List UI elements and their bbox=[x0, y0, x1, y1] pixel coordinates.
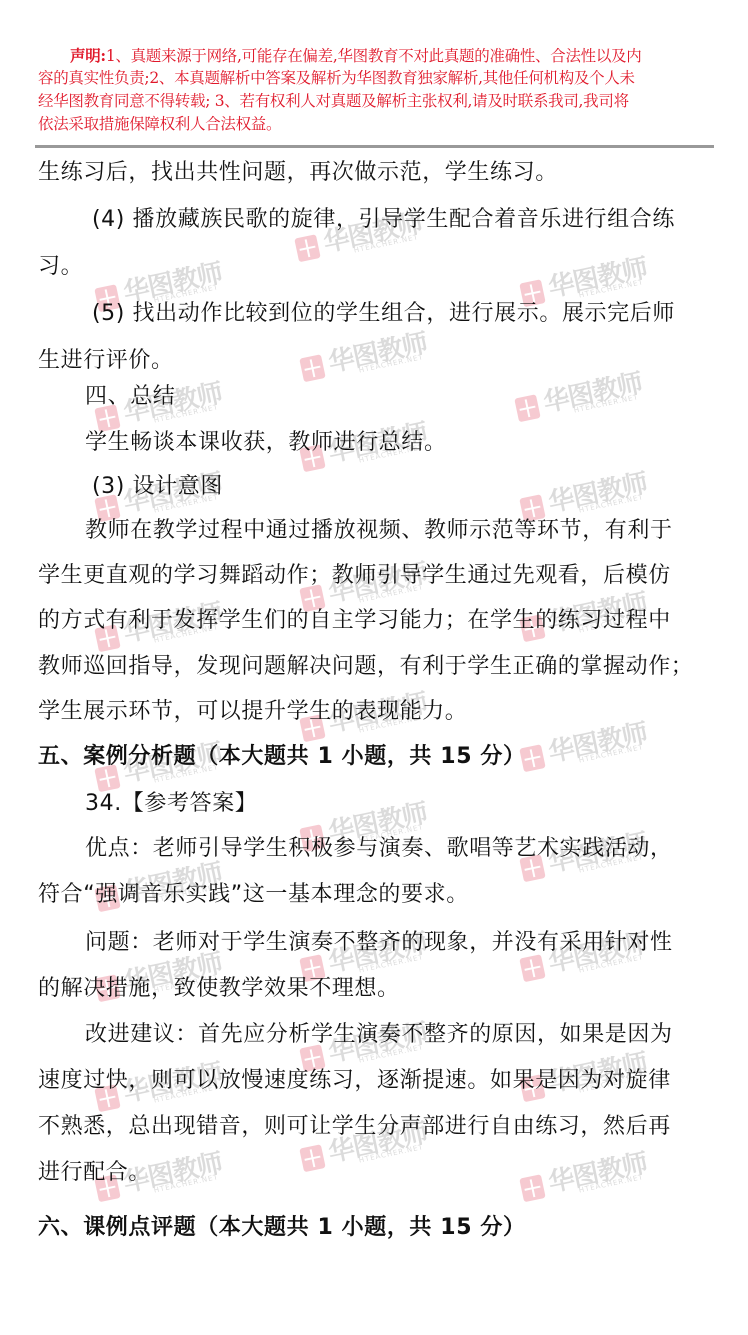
watermark-text: 华图教师 bbox=[545, 1142, 651, 1199]
header-divider bbox=[35, 145, 714, 148]
watermark-logo-icon bbox=[519, 954, 546, 982]
paragraph-line: (4) 播放藏族民歌的旋律，引导学生配合着音乐进行组合练 bbox=[92, 205, 675, 235]
paragraph-line: 四、总结 bbox=[85, 382, 175, 412]
paragraph-line: 教师巡回指导，发现问题解决问题，有利于学生正确的掌握动作； bbox=[38, 652, 693, 682]
watermark-text: 华图教师 bbox=[545, 712, 651, 769]
disclaimer-line: 经华图教育同意不得转载; 3、若有权利人对真题及解析主张权利,请及时联系我司,我… bbox=[38, 90, 714, 113]
disclaimer-label: 声明: bbox=[70, 46, 106, 65]
watermark-logo-icon bbox=[519, 1174, 546, 1202]
watermark-text: 华图教师 bbox=[545, 462, 651, 519]
watermark-text: 华图教师 bbox=[325, 322, 431, 379]
watermark-logo-icon bbox=[514, 394, 541, 422]
watermark-subtext: HTEACHER.NET bbox=[578, 1173, 644, 1195]
paragraph-line: 学生更直观的学习舞蹈动作；教师引导学生通过先观看，后模仿 bbox=[38, 561, 671, 591]
section-heading: 五、案例分析题（本大题共 1 小题，共 15 分） bbox=[38, 742, 526, 772]
watermark-text: 华图教师 bbox=[545, 247, 651, 304]
disclaimer-line: 依法采取措施保障权利人合法权益。 bbox=[38, 113, 714, 136]
watermark: 华图教师HTEACHER.NET bbox=[511, 356, 658, 434]
paragraph-line: (3) 设计意图 bbox=[92, 472, 223, 502]
paragraph-line: 34.【参考答案】 bbox=[85, 789, 257, 819]
paragraph-line: 学生畅谈本课收获，教师进行总结。 bbox=[85, 428, 447, 458]
watermark-subtext: HTEACHER.NET bbox=[358, 353, 424, 375]
watermark-logo-icon bbox=[294, 234, 321, 262]
paragraph-line: 不熟悉，总出现错音，则可让学生分声部进行自由练习，然后再 bbox=[38, 1112, 671, 1142]
disclaimer-line: 声明:1、真题来源于网络,可能存在偏差,华图教育不对此真题的准确性、合法性以及内 bbox=[38, 44, 714, 67]
paragraph-line: 速度过快，则可以放慢速度练习，逐渐提速。如果是因为对旋律 bbox=[38, 1066, 671, 1096]
paragraph-line: 的方式有利于发挥学生们的自主学习能力；在学生的练习过程中 bbox=[38, 606, 671, 636]
watermark-subtext: HTEACHER.NET bbox=[153, 1173, 219, 1195]
paragraph-line: 教师在教学过程中通过播放视频、教师示范等环节，有利于 bbox=[85, 516, 673, 546]
paragraph-line: 问题：老师对于学生演奏不整齐的现象，并没有采用针对性 bbox=[85, 928, 673, 958]
disclaimer-line: 容的真实性负责;2、本真题解析中答案及解析为华图教育独家解析,其他任何机构及个人… bbox=[38, 67, 714, 90]
paragraph-line: 符合“强调音乐实践”这一基本理念的要求。 bbox=[38, 880, 469, 910]
paragraph-line: 的解决措施，致使教学效果不理想。 bbox=[38, 974, 400, 1004]
paragraph-line: 学生展示环节，可以提升学生的表现能力。 bbox=[38, 697, 467, 727]
paragraph-line: 改进建议：首先应分析学生演奏不整齐的原因，如果是因为 bbox=[85, 1020, 673, 1050]
watermark-subtext: HTEACHER.NET bbox=[578, 743, 644, 765]
watermark-subtext: HTEACHER.NET bbox=[578, 493, 644, 515]
disclaimer: 声明:1、真题来源于网络,可能存在偏差,华图教育不对此真题的准确性、合法性以及内… bbox=[38, 44, 714, 136]
paragraph-line: 进行配合。 bbox=[38, 1158, 151, 1188]
paragraph-line: 优点：老师引导学生积极参与演奏、歌唱等艺术实践活动， bbox=[85, 834, 673, 864]
watermark-logo-icon bbox=[299, 354, 326, 382]
watermark-logo-icon bbox=[299, 1144, 326, 1172]
paragraph-line: 习。 bbox=[38, 252, 83, 282]
watermark-subtext: HTEACHER.NET bbox=[578, 278, 644, 300]
paragraph-line: (5) 找出动作比较到位的学生组合，进行展示。展示完后师 bbox=[92, 299, 675, 329]
section-heading: 六、课例点评题（本大题共 1 小题，共 15 分） bbox=[38, 1213, 526, 1243]
watermark: 华图教师HTEACHER.NET bbox=[516, 1136, 663, 1214]
watermark-subtext: HTEACHER.NET bbox=[573, 393, 639, 415]
watermark-text: 华图教师 bbox=[540, 362, 646, 419]
watermark-subtext: HTEACHER.NET bbox=[353, 233, 419, 255]
paragraph-line: 生进行评价。 bbox=[38, 346, 174, 376]
paragraph-line: 生练习后，找出共性问题，再次做示范，学生练习。 bbox=[38, 158, 558, 188]
watermark: 华图教师HTEACHER.NET bbox=[516, 706, 663, 784]
watermark-subtext: HTEACHER.NET bbox=[358, 1143, 424, 1165]
